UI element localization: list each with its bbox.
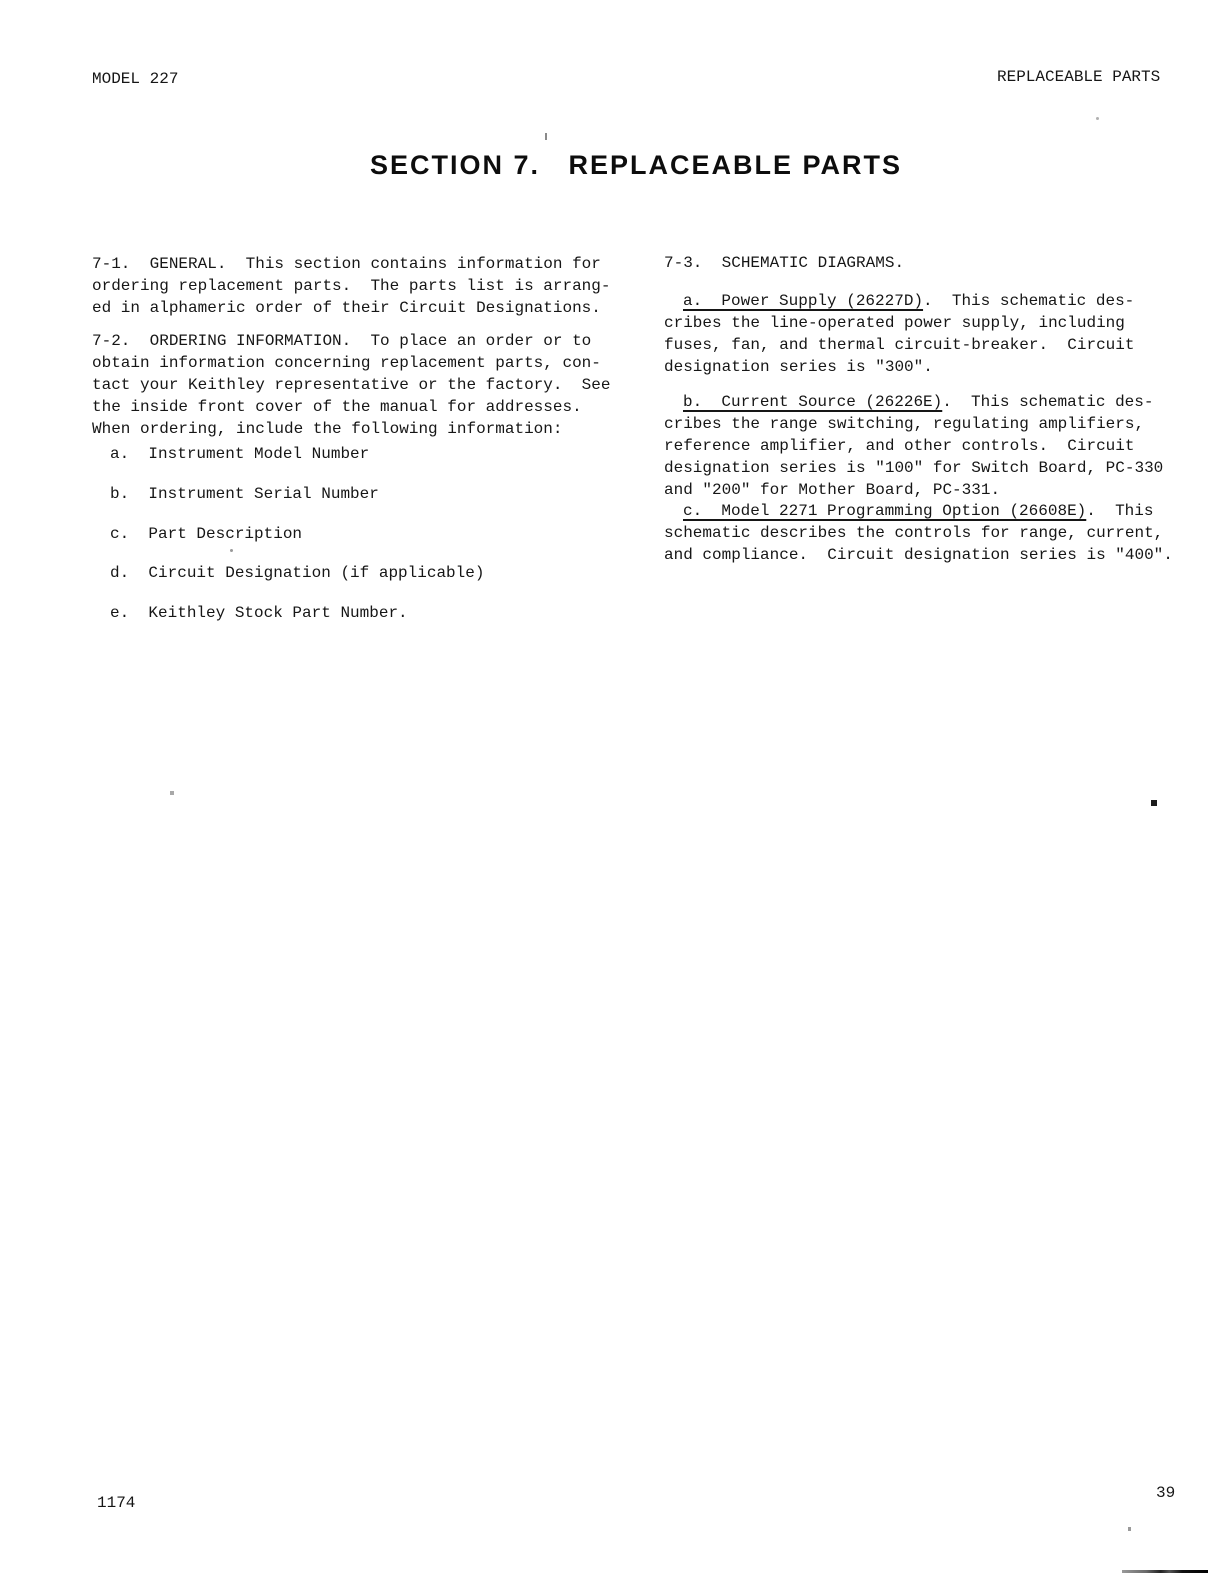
scan-speck bbox=[545, 133, 547, 140]
scan-speck bbox=[230, 549, 233, 552]
heading-7-3-schematic-diagrams: 7-3. SCHEMATIC DIAGRAMS. bbox=[664, 252, 1209, 274]
list-item-serial-number: b. Instrument Serial Number bbox=[110, 483, 630, 505]
manual-page: MODEL 227 REPLACEABLE PARTS SECTION 7. R… bbox=[0, 0, 1222, 1578]
scan-speck bbox=[170, 791, 174, 795]
footer-page-number: 39 bbox=[1156, 1482, 1175, 1504]
header-model-number: MODEL 227 bbox=[92, 68, 178, 90]
paragraph-7-1-general: 7-1. GENERAL. This section contains info… bbox=[92, 253, 637, 319]
paragraph-current-source: b. Current Source (26226E). This schemat… bbox=[664, 391, 1209, 501]
footer-date-code: 1174 bbox=[97, 1492, 135, 1514]
list-item-part-description: c. Part Description bbox=[110, 523, 630, 545]
paragraph-programming-option: c. Model 2271 Programming Option (26608E… bbox=[664, 500, 1209, 566]
paragraph-7-2-ordering: 7-2. ORDERING INFORMATION. To place an o… bbox=[92, 330, 637, 440]
underlined-heading-current-source: b. Current Source (26226E) bbox=[683, 393, 942, 411]
header-section-name: REPLACEABLE PARTS bbox=[997, 66, 1160, 88]
list-item-circuit-designation: d. Circuit Designation (if applicable) bbox=[110, 562, 630, 584]
scan-speck bbox=[1151, 800, 1157, 806]
scan-speck bbox=[1096, 117, 1099, 120]
scan-edge-line-artifact bbox=[1122, 1570, 1208, 1573]
scan-speck bbox=[1128, 1527, 1131, 1531]
list-item-stock-part-number: e. Keithley Stock Part Number. bbox=[110, 602, 630, 624]
underlined-heading-programming-option: c. Model 2271 Programming Option (26608E… bbox=[683, 502, 1086, 520]
paragraph-power-supply: a. Power Supply (26227D). This schematic… bbox=[664, 290, 1209, 378]
underlined-heading-power-supply: a. Power Supply (26227D) bbox=[683, 292, 923, 310]
section-title: SECTION 7. REPLACEABLE PARTS bbox=[370, 150, 902, 181]
list-item-model-number: a. Instrument Model Number bbox=[110, 443, 630, 465]
